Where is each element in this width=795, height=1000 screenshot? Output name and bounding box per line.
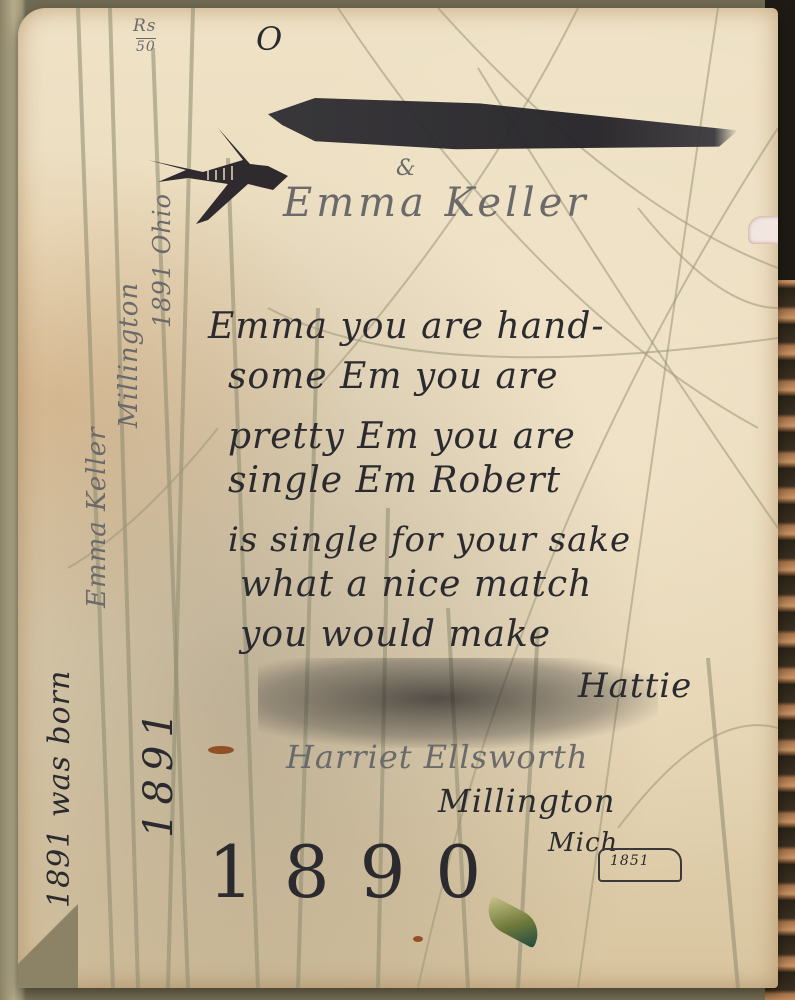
verse-line: some Em you are [228, 356, 559, 397]
verse-line: single Em Robert [228, 460, 561, 501]
verse-line: you would make [240, 614, 551, 655]
place-line: Millington [438, 782, 616, 820]
signature: Hattie [578, 666, 692, 706]
pointing-hand-icon [748, 216, 778, 244]
side-note: 1891 was born [42, 670, 77, 908]
faint-name-line: Harriet Ellsworth [286, 738, 588, 776]
state-outline-stamp: 1851 [598, 848, 682, 882]
rust-stain [208, 746, 234, 754]
corner-mark-sub: 50 [136, 38, 156, 55]
side-note: Millington [114, 282, 144, 428]
verse-line: is single for your sake [228, 520, 631, 560]
year-large: 1890 [208, 830, 511, 914]
side-note: 1891 Ohio [148, 193, 176, 328]
verse-line: pretty Em you are [228, 416, 576, 457]
addressee-prefix: & [396, 156, 417, 181]
verse-line: Emma you are hand- [208, 306, 605, 347]
side-note: Emma Keller [82, 426, 112, 608]
stamp-text: 1851 [600, 853, 650, 869]
top-loop-mark: O [256, 20, 283, 58]
rust-stain [413, 936, 423, 942]
left-year: 1891 [136, 704, 182, 838]
addressee: Emma Keller [283, 180, 589, 226]
verse-line: what a nice match [240, 564, 592, 605]
corner-mark: Rs [133, 16, 157, 36]
aged-paper-page: Rs 50 O & Emma Keller Emma you are hand-… [18, 8, 778, 988]
